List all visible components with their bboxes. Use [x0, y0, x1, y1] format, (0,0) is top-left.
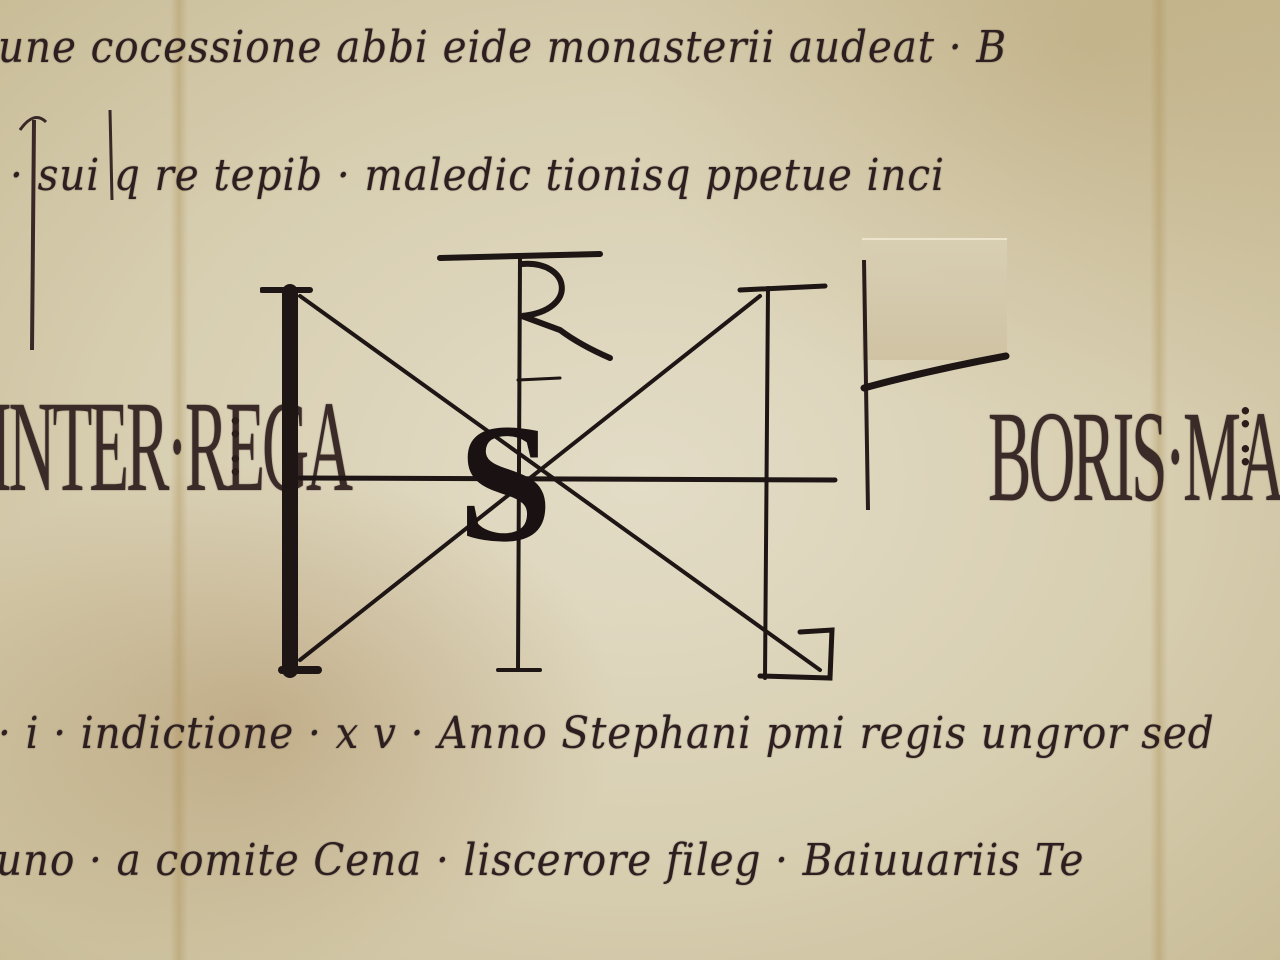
script-line-3: · i · indictione · x v · Anno Stephani p…	[0, 708, 1215, 759]
script-line-4: uno · a comite Cena · liscerore fileg · …	[0, 835, 1084, 886]
punctuation-left: ::	[228, 405, 243, 481]
punctuation-right: ::	[1238, 395, 1253, 471]
rubric-right: BORIS·MARIS	[988, 382, 1280, 532]
script-line-1: une cocessione abbi eide monasterii aude…	[0, 22, 1007, 73]
script-line-2: · sui q re tepib · maledic tionisq ppetu…	[10, 150, 945, 201]
margin-ascenders	[0, 90, 120, 370]
monogram-center-s: S	[458, 389, 553, 577]
royal-monogram: S	[260, 230, 860, 690]
